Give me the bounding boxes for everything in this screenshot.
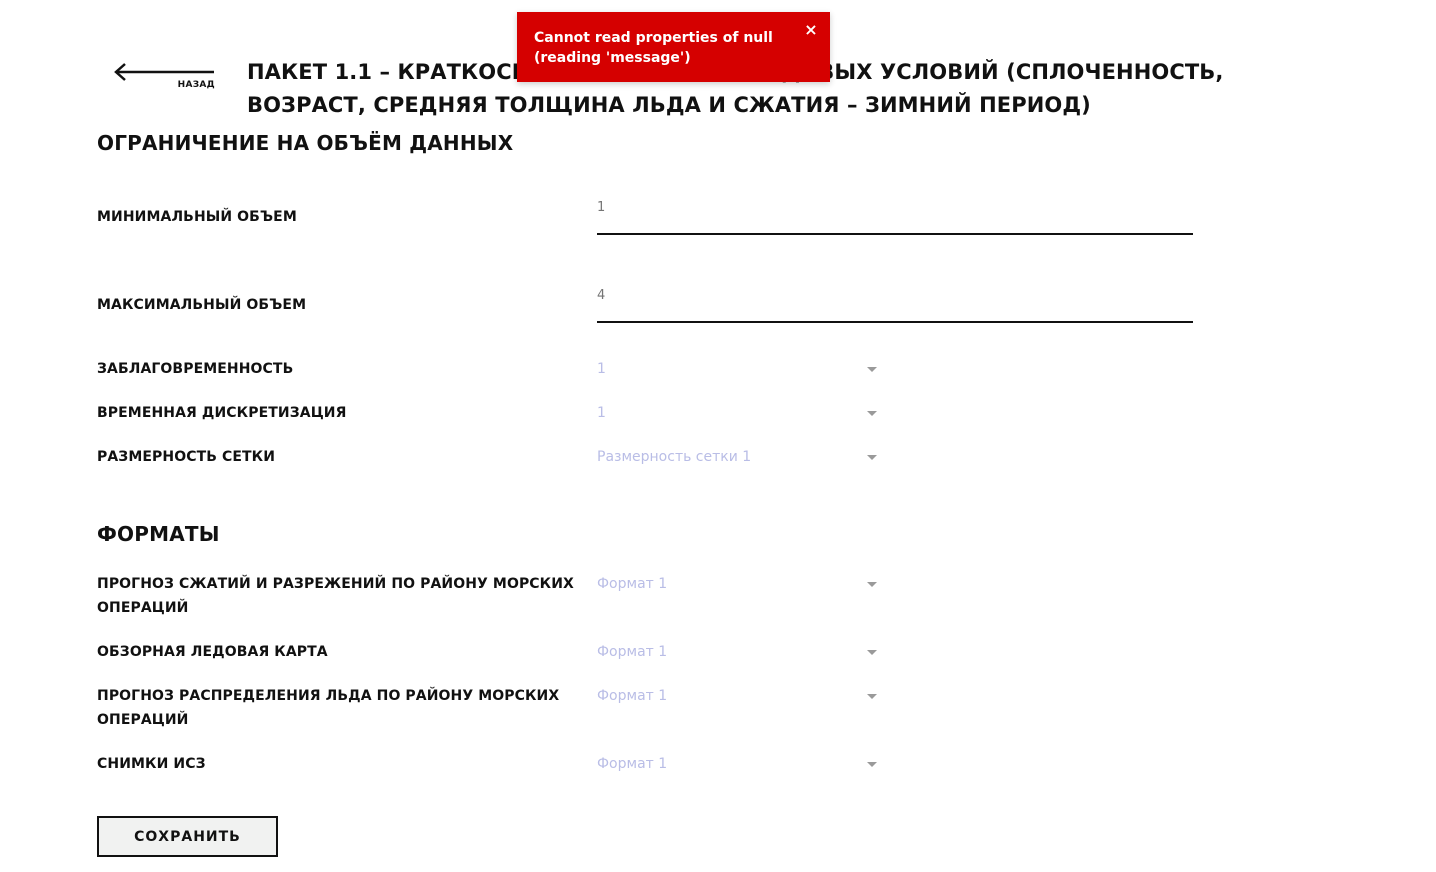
chevron-down-icon	[867, 455, 877, 460]
format-select-ice-distribution-forecast[interactable]: Формат 1	[597, 686, 881, 708]
max-volume-input[interactable]	[597, 283, 1193, 323]
grid-size-select[interactable]: Размерность сетки 1	[597, 447, 881, 469]
format-value: Формат 1	[597, 756, 667, 772]
max-volume-label: МАКСИМАЛЬНЫЙ ОБЪЕМ	[97, 293, 592, 317]
lead-time-label: ЗАБЛАГОВРЕМЕННОСТЬ	[97, 357, 592, 381]
save-button[interactable]: СОХРАНИТЬ	[97, 816, 278, 857]
grid-size-label: РАЗМЕРНОСТЬ СЕТКИ	[97, 445, 592, 469]
format-select-ice-map[interactable]: Формат 1	[597, 642, 881, 664]
close-icon[interactable]: ×	[802, 21, 820, 39]
format-value: Формат 1	[597, 576, 667, 592]
chevron-down-icon	[867, 650, 877, 655]
section-title-formats: ФОРМАТЫ	[97, 522, 220, 546]
chevron-down-icon	[867, 582, 877, 587]
back-label: НАЗАД	[178, 80, 215, 90]
format-value: Формат 1	[597, 644, 667, 660]
grid-size-value: Размерность сетки 1	[597, 449, 751, 465]
back-link[interactable]: НАЗАД	[113, 58, 217, 94]
time-discretization-select[interactable]: 1	[597, 403, 881, 425]
chevron-down-icon	[867, 411, 877, 416]
format-select-satellite-images[interactable]: Формат 1	[597, 754, 881, 776]
chevron-down-icon	[867, 762, 877, 767]
time-discretization-label: ВРЕМЕННАЯ ДИСКРЕТИЗАЦИЯ	[97, 401, 592, 425]
lead-time-value: 1	[597, 361, 606, 377]
format-select-compression-forecast[interactable]: Формат 1	[597, 574, 881, 596]
min-volume-label: МИНИМАЛЬНЫЙ ОБЪЕМ	[97, 205, 592, 229]
chevron-down-icon	[867, 694, 877, 699]
format-label-ice-distribution-forecast: ПРОГНОЗ РАСПРЕДЕЛЕНИЯ ЛЬДА ПО РАЙОНУ МОР…	[97, 684, 592, 732]
chevron-down-icon	[867, 367, 877, 372]
format-value: Формат 1	[597, 688, 667, 704]
error-toast-message: Cannot read properties of null (reading …	[534, 28, 794, 68]
format-label-compression-forecast: ПРОГНОЗ СЖАТИЙ И РАЗРЕЖЕНИЙ ПО РАЙОНУ МО…	[97, 572, 592, 620]
lead-time-select[interactable]: 1	[597, 359, 881, 381]
time-discretization-value: 1	[597, 405, 606, 421]
format-label-satellite-images: СНИМКИ ИСЗ	[97, 752, 592, 776]
min-volume-input[interactable]	[597, 195, 1193, 235]
section-title-data-limits: ОГРАНИЧЕНИЕ НА ОБЪЁМ ДАННЫХ	[97, 131, 513, 155]
error-toast: Cannot read properties of null (reading …	[517, 12, 830, 82]
format-label-ice-map: ОБЗОРНАЯ ЛЕДОВАЯ КАРТА	[97, 640, 592, 664]
arrow-left-icon	[113, 62, 215, 82]
